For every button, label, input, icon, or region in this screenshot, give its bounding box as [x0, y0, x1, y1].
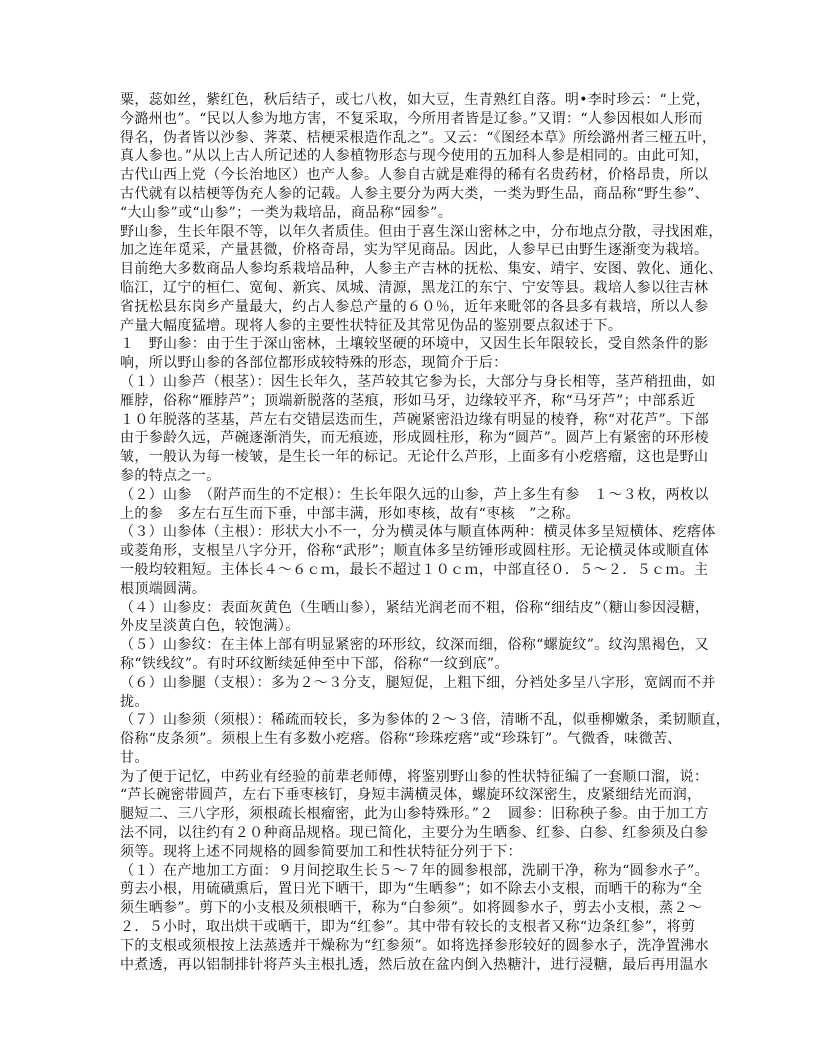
- list-item-line: （５）山参纹：在主体上部有明显紧密的环形纹，纹深而细，俗称“螺旋纹”。纹沟黑褐色…: [120, 636, 710, 655]
- list-item-line: （１）在产地加工方面：９月间挖取生长５～７年的圆参根部，洗刷干净，称为“圆参水子…: [120, 862, 710, 881]
- text-line: “芦长碗密带圆芦，左右下垂枣核钉，身短丰满横灵体，螺旋环纹深密生，皮紧细结光而润…: [120, 786, 710, 805]
- text-line: 或菱角形，支根呈八字分开，俗称“武形”；顺直体多呈纺锤形或圆柱形。无论横灵体或顺…: [120, 542, 710, 561]
- text-line: 古代山西上党（今长治地区）也产人参。人参自古就是难得的稀有名贵药材，价格昂贵，所…: [120, 166, 710, 185]
- text-line: 皱，一般认为每一棱皱，是生长一年的标记。无论什么芦形，上面多有小疙瘩瘤，这也是野…: [120, 448, 710, 467]
- text-line: 真人参也。”从以上古人所记述的人参植物形态与现今使用的五加科人参是相同的。由此可…: [120, 147, 710, 166]
- text-line: 产量大幅度猛增。现将人参的主要性状特征及其常见伪品的鉴别要点叙述于下。: [120, 317, 710, 336]
- text-line: 上的参 多左右互生而下垂，中部丰满，形如枣核，故有“枣核 ”之称。: [120, 505, 710, 524]
- text-line: 响，所以野山参的各部位都形成较特殊的形态，现简介于后：: [120, 354, 710, 373]
- document-page: 粟，蕊如丝，紫红色，秋后结子，或七八枚，如大豆，生青熟红自落。明•李时珍云：“上…: [120, 91, 710, 974]
- text-line: 省抚松县东岗乡产量最大，约占人参总产量的６０％，近年来毗邻的各县多有栽培，所以人…: [120, 298, 710, 317]
- text-line: 腿短二、三八字形，须根疏长根瘤密，此为山参特殊形。”２ 圆参：旧称秧子参。由于加…: [120, 805, 710, 824]
- text-line: ２．５小时，取出烘干或晒干，即为“红参”。其中带有较长的支根者又称“边条红参”，…: [120, 918, 710, 937]
- text-line: 一般均较粗短。主体长４～６ｃｍ，最长不超过１０ｃｍ，中部直径０．５～２．５ｃｍ。…: [120, 561, 710, 580]
- text-line: 根顶端圆满。: [120, 580, 710, 599]
- list-item-line: （３）山参体（主根）：形状大小不一，分为横灵体与顺直体两种：横灵体多呈短横体、疙…: [120, 523, 710, 542]
- text-line: 临江，辽宁的桓仁、宽甸、新宾、凤城、清源，黑龙江的东宁、宁安等县。栽培人参以往吉…: [120, 279, 710, 298]
- text-line: 为了便于记忆，中药业有经验的前辈老师傅，将鉴别野山参的性状特征编了一套顺口溜，说…: [120, 768, 710, 787]
- text-line: 剪去小根，用硫磺熏后，置日光下晒干，即为“生晒参”；如不除去小支根，而晒干的称为…: [120, 880, 710, 899]
- list-item-line: （６）山参腿（支根）：多为２～３分支，腿短促，上粗下细，分裆处多呈八字形，宽阔而…: [120, 674, 710, 693]
- text-line: “大山参”或“山参”；一类为栽培品，商品称“园参”。: [120, 204, 710, 223]
- text-line: 野山参，生长年限不等，以年久者质佳。但由于喜生深山密林之中，分布地点分散，寻找困…: [120, 223, 710, 242]
- text-line: 古代就有以桔梗等伪充人参的记载。人参主要分为两大类，一类为野生品，商品称“野生参…: [120, 185, 710, 204]
- text-line: 称“铁线纹”。有时环纹断续延伸至中下部，俗称“一纹到底”。: [120, 655, 710, 674]
- text-line: １０年脱落的茎基，芦左右交错层迭而生，芦碗紧密沿边缘有明显的棱脊，称“对花芦”。…: [120, 411, 710, 430]
- text-line: 得名，伪者皆以沙参、荠菜、桔梗采根造作乱之”。又云：“《图经本草》所绘潞州者三桠…: [120, 129, 710, 148]
- text-line: 中煮透，再以铝制排针将芦头主根扎透，然后放在盆内倒入热糖汁，进行浸糖，最后再用温…: [120, 956, 710, 975]
- text-line: 下的支根或须根按上法蒸透并干燥称为“红参须”。如将选择参形较好的圆参水子，洗净置…: [120, 937, 710, 956]
- list-item-line: （２）山参 （附芦而生的不定根）：生长年限久远的山参，芦上多生有参 １～３枚，两…: [120, 486, 710, 505]
- text-line: 雁脖，俗称“雁脖芦”；顶端新脱落的茎痕，形如马牙，边缘较平齐，称“马牙芦”；中部…: [120, 392, 710, 411]
- text-line: 外皮呈淡黄白色，较饱满）。: [120, 617, 710, 636]
- text-line: 粟，蕊如丝，紫红色，秋后结子，或七八枚，如大豆，生青熟红自落。明•李时珍云：“上…: [120, 91, 710, 110]
- text-line: 拢。: [120, 693, 710, 712]
- text-line: 法不同，以往约有２０种商品规格。现已简化，主要分为生晒参、红参、白参、红参须及白…: [120, 824, 710, 843]
- text-line: 今潞州也”。“民以人参为地方害，不复采取，今所用者皆是辽参。”又谓：“人参因根如…: [120, 110, 710, 129]
- text-line: 须生晒参”。剪下的小支根及须根晒干，称为“白参须”。如将圆参水子，剪去小支根，蒸…: [120, 899, 710, 918]
- list-item-line: （４）山参皮：表面灰黄色（生晒山参），紧结光润老而不粗，俗称“细结皮”（糖山参因…: [120, 599, 710, 618]
- text-line: 由于参龄久远，芦碗逐渐消失，而无痕迹，形成圆柱形，称为“圆芦”。圆芦上有紧密的环…: [120, 429, 710, 448]
- text-line: 须等。现将上述不同规格的圆参简要加工和性状特征分列于下：: [120, 843, 710, 862]
- text-line: 加之连年觅采，产量甚微，价格奇昂，实为罕见商品。因此，人参早已由野生逐渐变为栽培…: [120, 241, 710, 260]
- list-item-line: （７）山参须（须根）：稀疏而较长，多为参体的２～３倍，清晰不乱，似垂柳嫩条，柔韧…: [120, 711, 710, 730]
- text-line: 俗称“皮条须”。须根上生有多数小疙瘩。俗称“珍珠疙瘩”或“珍珠钉”。气微香，味微…: [120, 730, 710, 749]
- text-line: 目前绝大多数商品人参均系栽培品种，人参主产吉林的抚松、集安、靖宇、安图、敦化、通…: [120, 260, 710, 279]
- section-heading-line: １ 野山参：由于生于深山密林，土壤较坚硬的环境中，又因生长年限较长，受自然条件的…: [120, 335, 710, 354]
- text-line: 参的特点之一。: [120, 467, 710, 486]
- list-item-line: （１）山参芦（根茎）：因生长年久，茎芦较其它参为长，大部分与身长相等，茎芦稍扭曲…: [120, 373, 710, 392]
- text-line: 甘。: [120, 749, 710, 768]
